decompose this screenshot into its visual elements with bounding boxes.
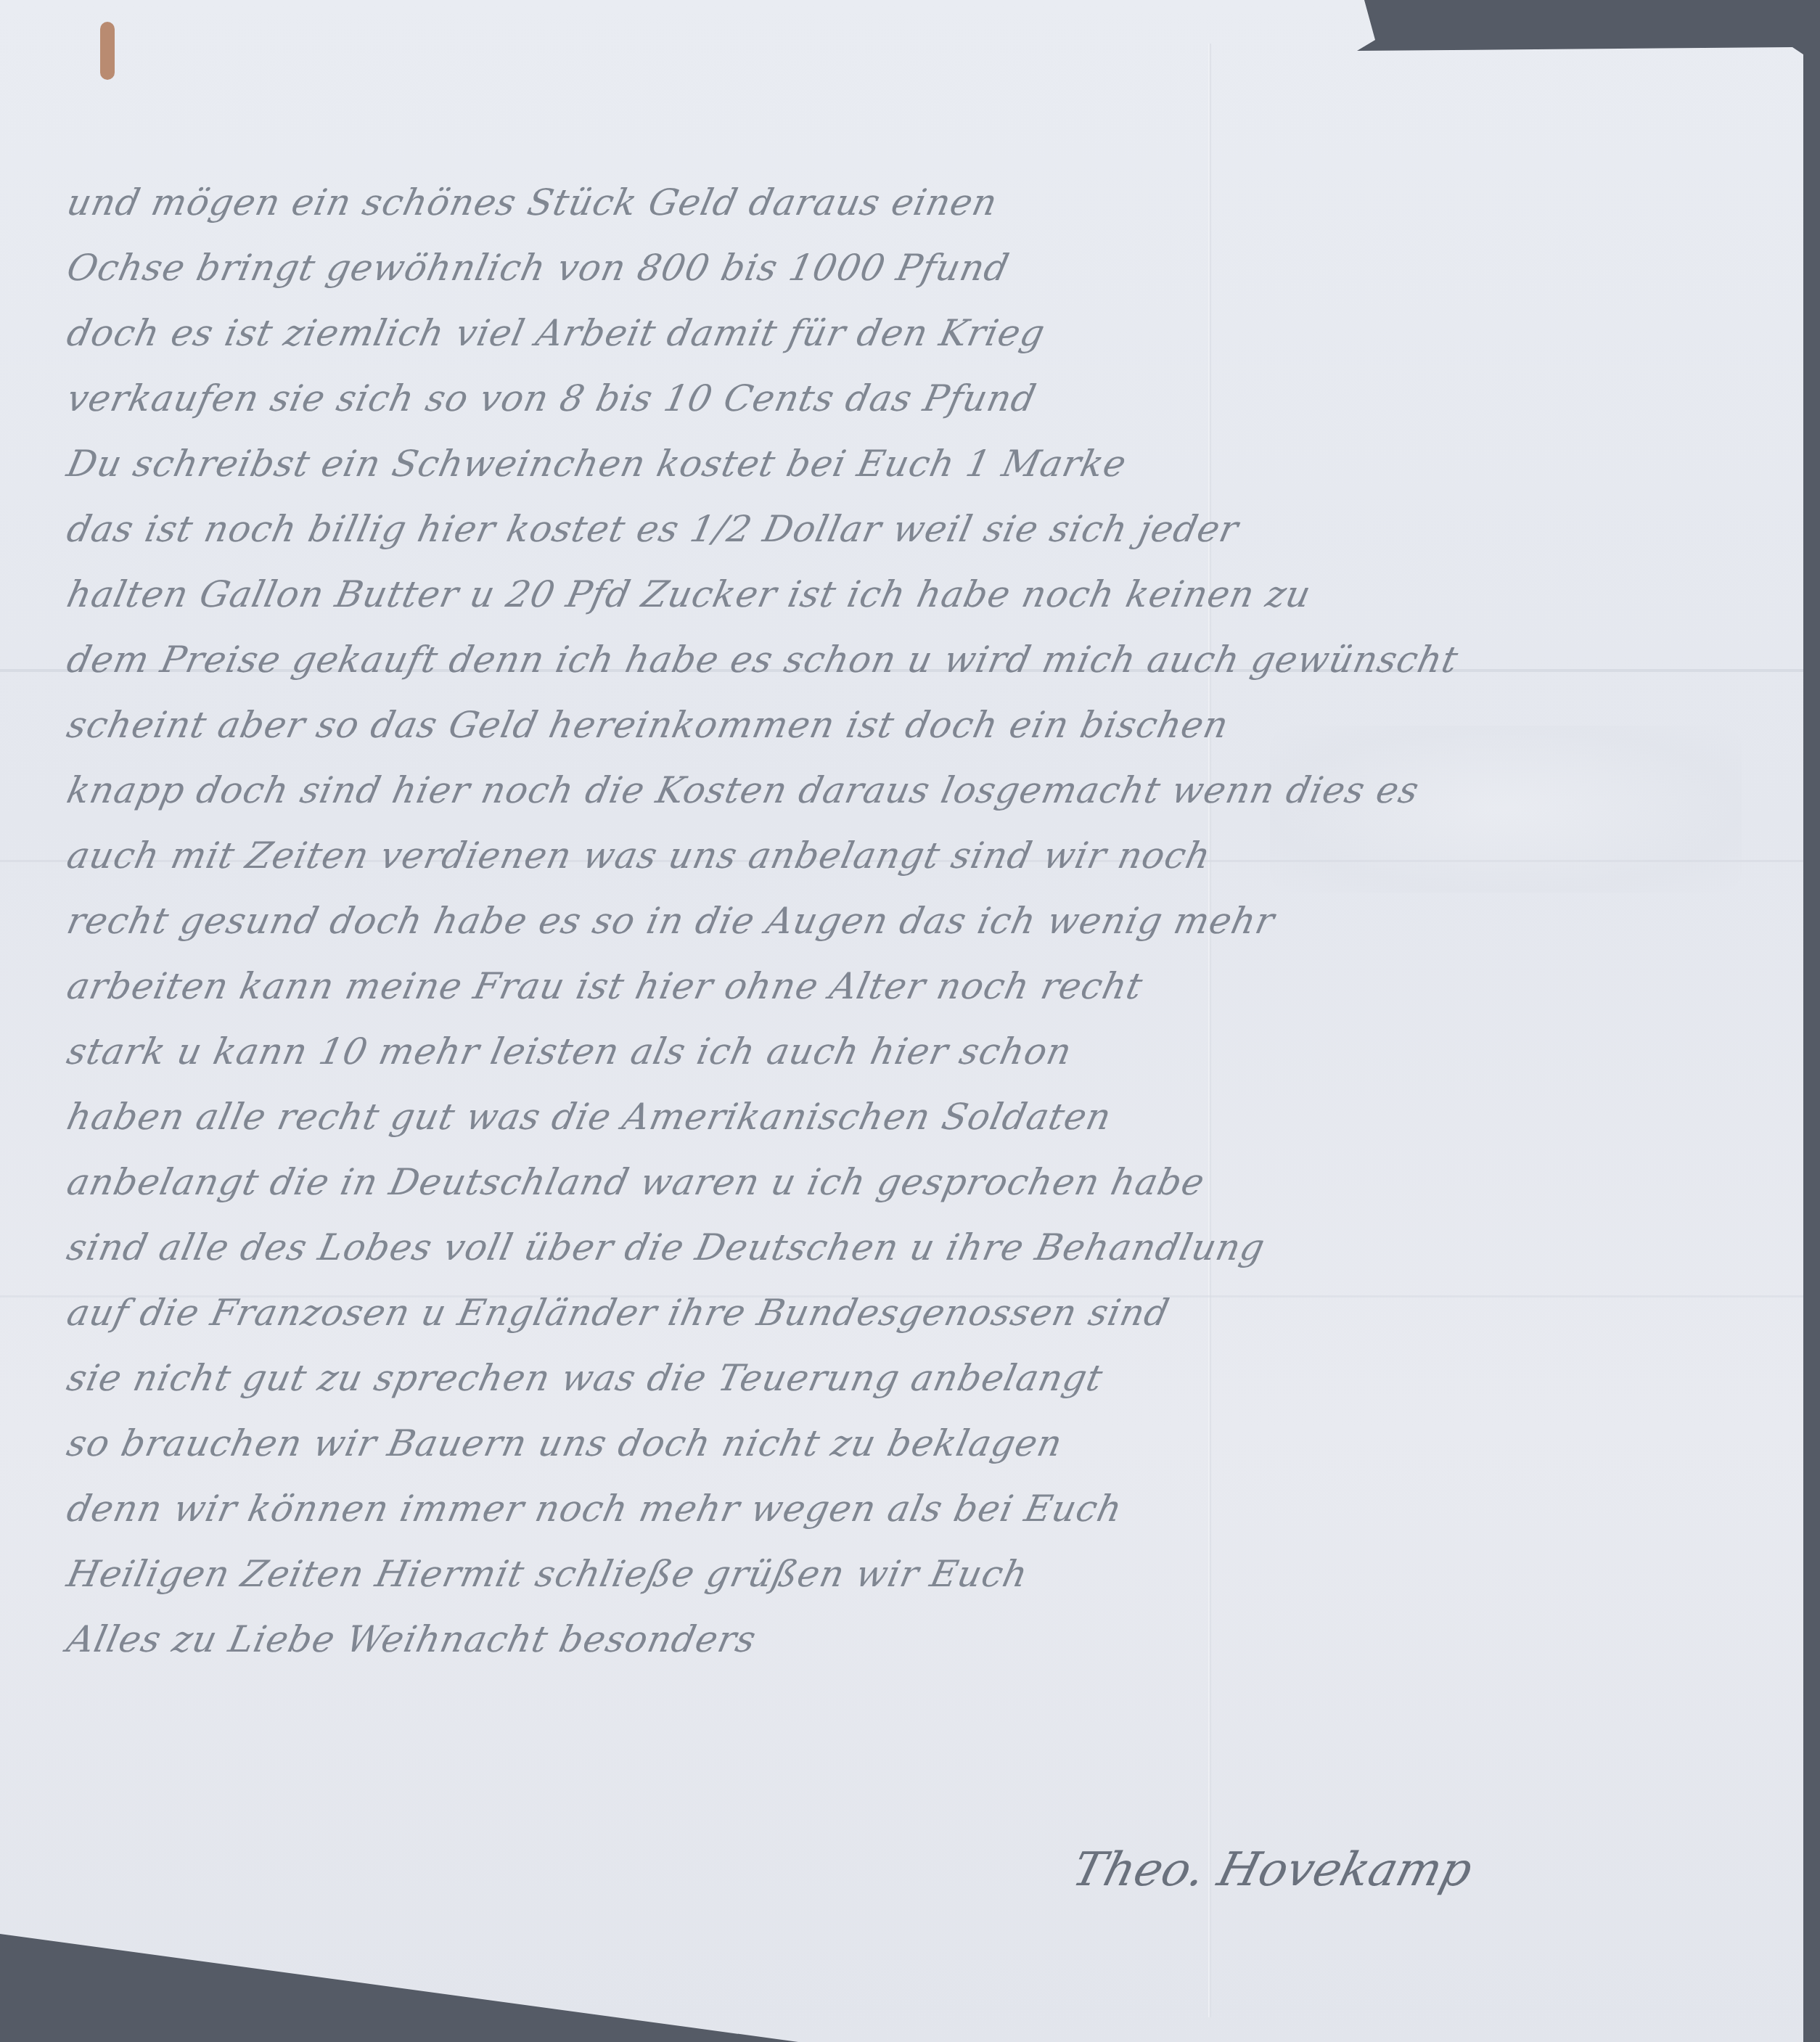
letter-line: scheint aber so das Geld hereinkommen is… <box>58 704 1755 769</box>
letter-line: anbelangt die in Deutschland waren u ich… <box>58 1161 1755 1226</box>
rust-stain <box>100 22 115 80</box>
signature: Theo. Hovekamp <box>1067 1843 1477 1897</box>
letter-line: halten Gallon Butter u 20 Pfd Zucker ist… <box>58 573 1755 639</box>
letter-line: doch es ist ziemlich viel Arbeit damit f… <box>58 312 1755 377</box>
letter-line: recht gesund doch habe es so in die Auge… <box>58 900 1755 965</box>
letter-line: Heiligen Zeiten Hiermit schließe grüßen … <box>58 1553 1755 1618</box>
letter-line: dem Preise gekauft denn ich habe es scho… <box>58 639 1755 704</box>
letter-line: arbeiten kann meine Frau ist hier ohne A… <box>58 965 1755 1030</box>
letter-line: sind alle des Lobes voll über die Deutsc… <box>58 1226 1755 1292</box>
letter-line: denn wir können immer noch mehr wegen al… <box>58 1488 1755 1553</box>
letter-paper: und mögen ein schönes Stück Geld daraus … <box>0 0 1807 2042</box>
letter-line: haben alle recht gut was die Amerikanisc… <box>58 1096 1755 1161</box>
letter-line: Alles zu Liebe Weihnacht besonders <box>58 1618 1755 1684</box>
letter-line: Ochse bringt gewöhnlich von 800 bis 1000… <box>58 247 1755 312</box>
letter-line: Du schreibst ein Schweinchen kostet bei … <box>58 443 1755 508</box>
letter-line: verkaufen sie sich so von 8 bis 10 Cents… <box>58 377 1755 443</box>
letter-line: knapp doch sind hier noch die Kosten dar… <box>58 769 1755 835</box>
letter-line: auch mit Zeiten verdienen was uns anbela… <box>58 835 1755 900</box>
letter-line: auf die Franzosen u Engländer ihre Bunde… <box>58 1292 1755 1357</box>
letter-line: so brauchen wir Bauern uns doch nicht zu… <box>58 1422 1755 1488</box>
letter-line: und mögen ein schönes Stück Geld daraus … <box>58 181 1755 247</box>
letter-line: sie nicht gut zu sprechen was die Teueru… <box>58 1357 1755 1422</box>
letter-line: stark u kann 10 mehr leisten als ich auc… <box>58 1030 1755 1096</box>
letter-body: und mögen ein schönes Stück Geld daraus … <box>65 181 1749 1684</box>
letter-line: das ist noch billig hier kostet es 1/2 D… <box>58 508 1755 573</box>
